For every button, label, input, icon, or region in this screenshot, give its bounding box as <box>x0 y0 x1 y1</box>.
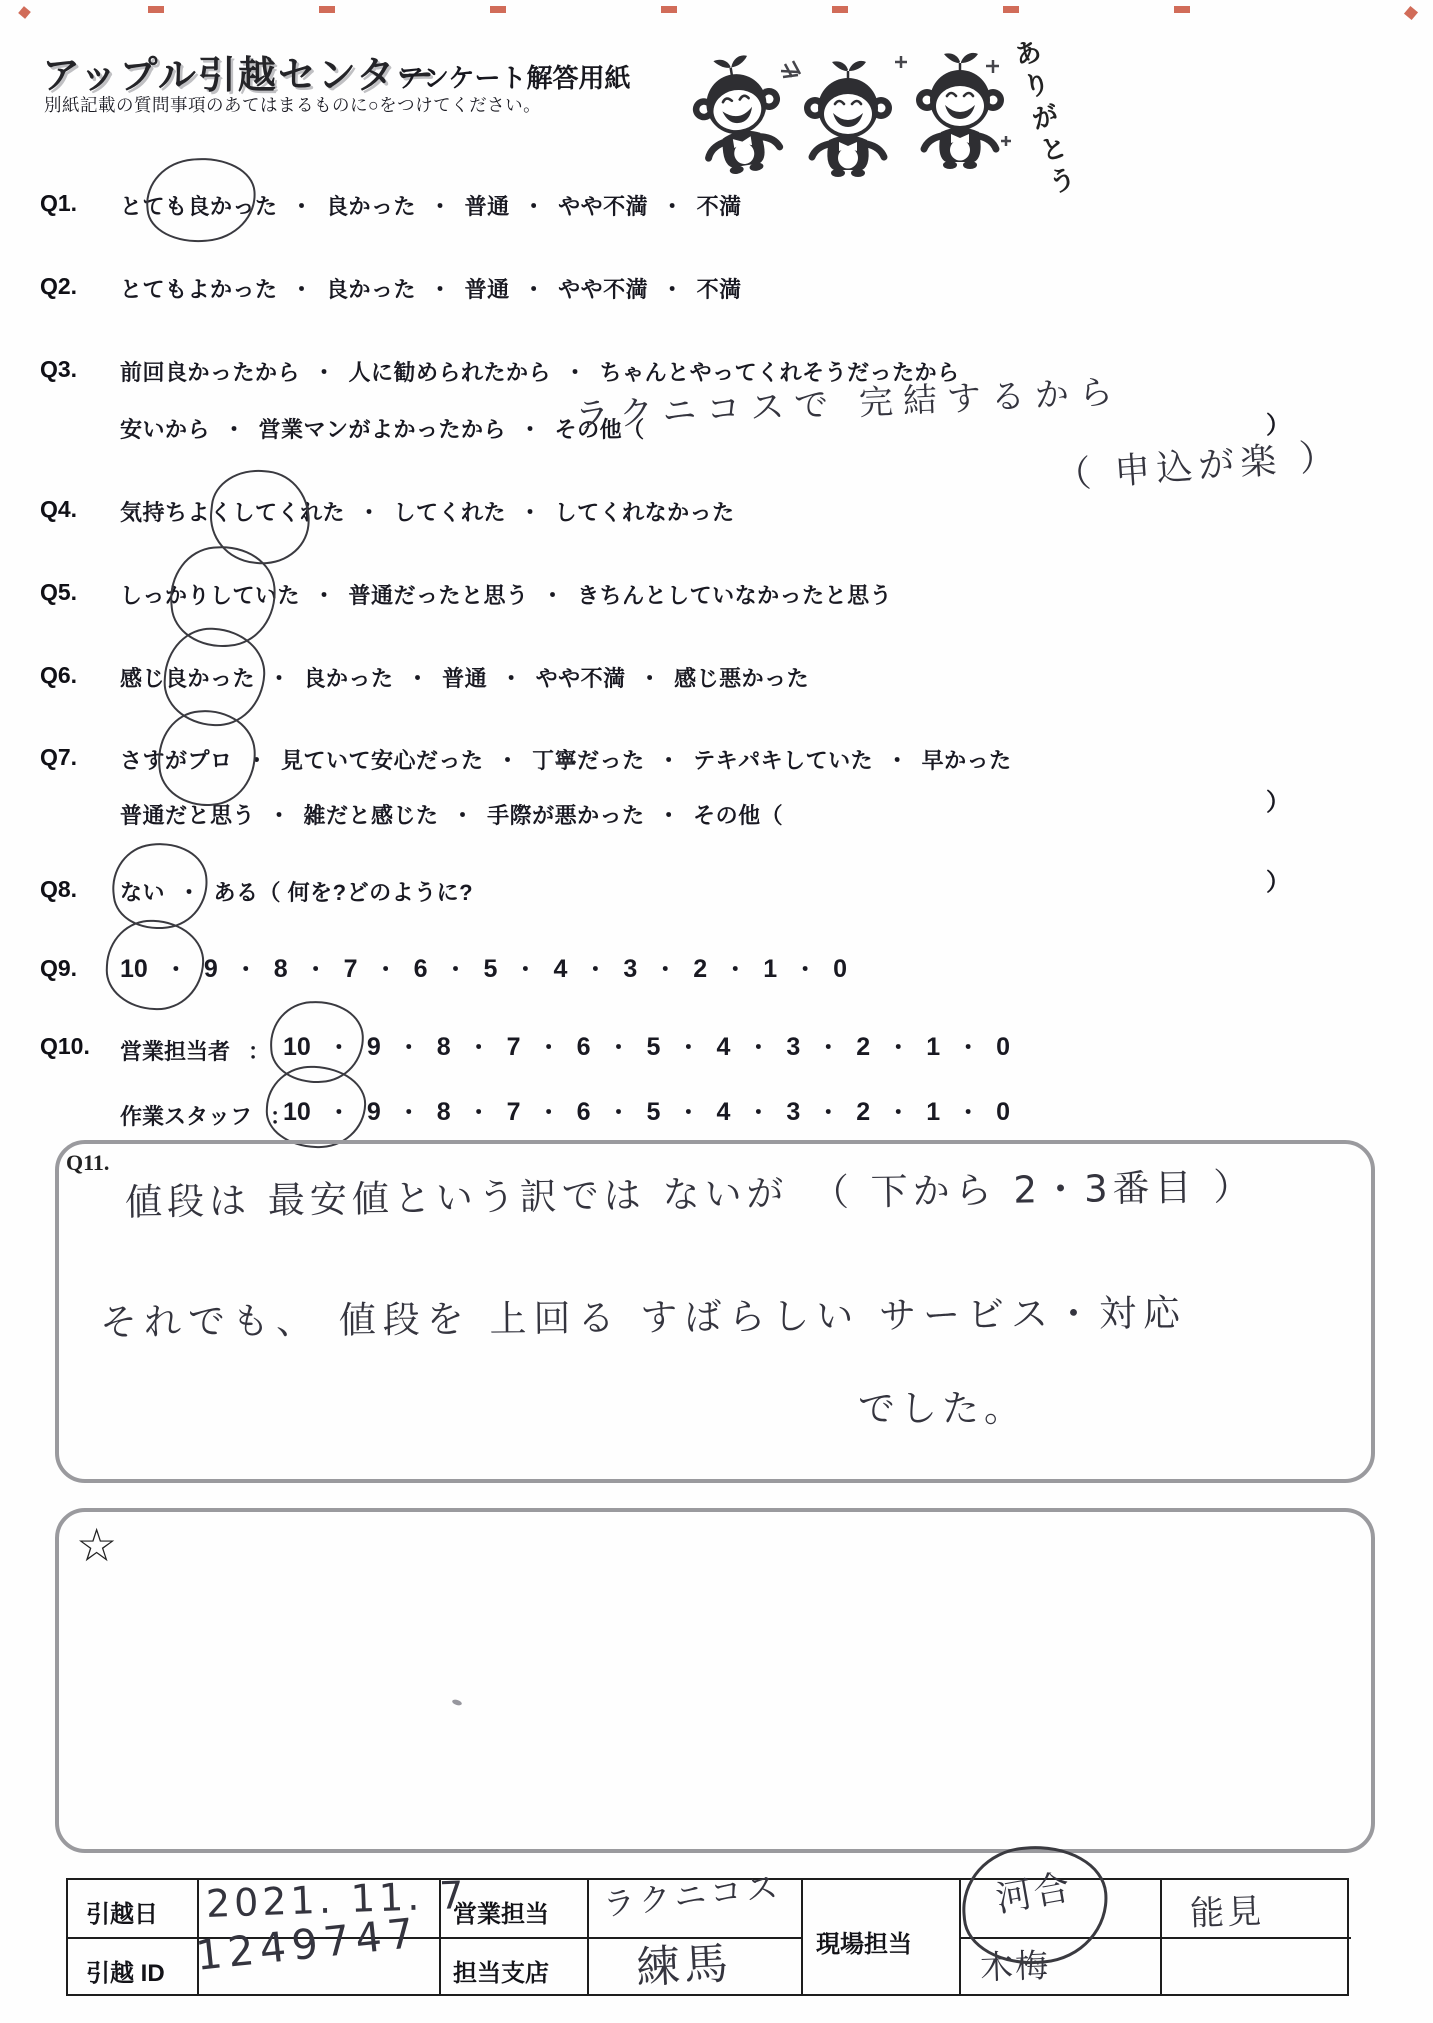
q10-row2-label-text: 作業スタッフ <box>120 1104 252 1129</box>
option-item: 3 <box>786 1033 800 1061</box>
q10-sales-rating-scale: 10・9・8・7・6・5・4・3・2・1・0 <box>283 1031 1010 1062</box>
q3-handwritten-answer-2: （ 申込が楽 ） <box>1053 428 1343 499</box>
dot-separator: ・ <box>514 957 536 982</box>
option-item: 3 <box>786 1098 800 1126</box>
registration-mark <box>1003 6 1019 13</box>
option-item: きちんとしていなかったと思う <box>577 583 892 608</box>
q7-answer-circle <box>155 707 259 810</box>
q4-label: Q4. <box>40 496 77 523</box>
dot-separator: ・ <box>445 957 467 982</box>
option-item: 丁寧だった <box>532 748 645 773</box>
dot-separator: ・ <box>886 748 909 773</box>
company-logo-text: アップル引越センター <box>42 44 436 99</box>
dot-separator: ・ <box>313 360 336 385</box>
dot-separator: ・ <box>429 277 452 302</box>
option-item: 普通 <box>465 277 510 302</box>
dot-separator: ・ <box>817 1035 839 1060</box>
option-item: 不満 <box>697 194 742 219</box>
q1-answer-circle <box>143 153 260 246</box>
option-item: 0 <box>833 955 847 983</box>
q10-row1-label: 営業担当者： <box>120 1035 270 1066</box>
q10-staff-rating-scale: 10・9・8・7・6・5・4・3・2・1・0 <box>283 1096 1010 1127</box>
field-rep3-handwritten: 能見 <box>1189 1883 1265 1935</box>
registration-mark <box>18 6 31 19</box>
option-item: 感じ悪かった <box>674 666 809 691</box>
q9-rating-scale: 10・9・8・7・6・5・4・3・2・1・0 <box>120 953 847 984</box>
dot-separator: ・ <box>268 666 291 691</box>
q2-options: とてもよかった・良かった・普通・やや不満・不満 <box>120 273 742 304</box>
dot-separator: ・ <box>608 1035 630 1060</box>
table-divider <box>801 1880 803 1994</box>
option-item: 手際が悪かった <box>487 803 645 828</box>
dot-separator: ・ <box>468 1035 490 1060</box>
option-item: 良かった <box>326 277 416 302</box>
dot-separator: ・ <box>235 957 257 982</box>
option-item: 7 <box>507 1033 521 1061</box>
q10-label: Q10. <box>40 1033 90 1060</box>
registration-mark <box>1174 6 1190 13</box>
q6-label: Q6. <box>40 662 77 689</box>
option-item: 5 <box>647 1033 661 1061</box>
q10-staff-answer-circle <box>265 1064 368 1149</box>
option-item: 見ていて安心だった <box>281 748 484 773</box>
option-item: 前回良かったから <box>120 360 300 385</box>
option-item: してくれなかった <box>555 500 735 525</box>
option-item: 8 <box>274 955 288 983</box>
option-item: やや不満 <box>536 666 626 691</box>
option-item: 0 <box>996 1098 1010 1126</box>
dot-separator: ・ <box>747 1035 769 1060</box>
q1-label: Q1. <box>40 190 77 217</box>
dot-separator: ・ <box>313 583 336 608</box>
option-item: 2 <box>856 1098 870 1126</box>
dot-separator: ・ <box>661 277 684 302</box>
dot-separator: ・ <box>538 1035 560 1060</box>
dot-separator: ・ <box>887 1100 909 1125</box>
q9-label: Q9. <box>40 955 77 982</box>
dot-separator: ・ <box>957 1100 979 1125</box>
q10-row1-colon: ： <box>248 1035 270 1066</box>
registration-mark <box>319 6 335 13</box>
branch-label: 担当支店 <box>453 1953 549 1988</box>
option-item: 3 <box>623 955 637 983</box>
q8-close-paren: ） <box>1266 862 1290 897</box>
option-item: 良かった <box>304 666 394 691</box>
dot-separator: ・ <box>398 1100 420 1125</box>
dot-separator: ・ <box>358 500 381 525</box>
dot-separator: ・ <box>608 1100 630 1125</box>
dot-separator: ・ <box>677 1035 699 1060</box>
option-item: 6 <box>577 1033 591 1061</box>
option-item: 6 <box>577 1098 591 1126</box>
option-item: 7 <box>507 1098 521 1126</box>
q9-answer-circle <box>104 918 205 1011</box>
dot-separator: ・ <box>497 748 520 773</box>
branch-handwritten: 練馬 <box>634 1927 733 1996</box>
option-item: ある（ 何を?どのように? <box>214 880 474 905</box>
dot-separator: ・ <box>305 957 327 982</box>
q2-label: Q2. <box>40 273 77 300</box>
q11-label: Q11. <box>66 1150 109 1176</box>
q11-handwritten-line2: それでも、 値段を 上回る すばらしい サービス・対応 <box>100 1283 1187 1346</box>
option-item: 普通 <box>465 194 510 219</box>
option-item: 7 <box>344 955 358 983</box>
option-item: 2 <box>693 955 707 983</box>
option-item: 9 <box>367 1098 381 1126</box>
dot-separator: ・ <box>658 803 681 828</box>
dot-separator: ・ <box>500 666 523 691</box>
dot-separator: ・ <box>452 803 475 828</box>
option-item: 6 <box>414 955 428 983</box>
option-item: 不満 <box>697 277 742 302</box>
option-item: やや不満 <box>558 194 648 219</box>
dot-separator: ・ <box>677 1100 699 1125</box>
dot-separator: ・ <box>268 803 291 828</box>
field-rep-label: 現場担当 <box>816 1924 912 1959</box>
dot-separator: ・ <box>584 957 606 982</box>
option-item: 9 <box>367 1033 381 1061</box>
registration-mark <box>490 6 506 13</box>
dot-separator: ・ <box>747 1100 769 1125</box>
dot-separator: ・ <box>639 666 662 691</box>
dot-separator: ・ <box>429 194 452 219</box>
option-item: 普通だと思う <box>120 803 255 828</box>
star-mark: ☆ <box>76 1518 117 1572</box>
q3-options-line2: 安いから・営業マンがよかったから・その他（ <box>120 413 645 444</box>
option-item: 早かった <box>922 748 1012 773</box>
option-item: 5 <box>484 955 498 983</box>
option-item: 4 <box>716 1033 730 1061</box>
option-item: 安いから <box>120 417 210 442</box>
option-item: 1 <box>926 1098 940 1126</box>
option-item: 雑だと感じた <box>304 803 439 828</box>
dot-separator: ・ <box>654 957 676 982</box>
form-instruction: 別紙記載の質問事項のあてはまるものに○をつけてください。 <box>44 92 541 117</box>
sales-rep-handwritten: ラクニコス <box>601 1861 784 1925</box>
dot-separator: ・ <box>291 194 314 219</box>
free-comment-box <box>55 1508 1375 1853</box>
q5-label: Q5. <box>40 579 77 606</box>
option-item: 4 <box>716 1098 730 1126</box>
option-item: 1 <box>926 1033 940 1061</box>
dot-separator: ・ <box>375 957 397 982</box>
move-date-label: 引越日 <box>86 1894 158 1929</box>
option-item: とてもよかった <box>120 277 278 302</box>
registration-mark <box>661 6 677 13</box>
registration-mark <box>1404 6 1418 20</box>
q3-label: Q3. <box>40 356 77 383</box>
option-item: 良かった <box>326 194 416 219</box>
form-title: アンケート解答用紙 <box>398 58 630 95</box>
monkey-mascots-illustration <box>688 44 1018 199</box>
q7-label: Q7. <box>40 744 77 771</box>
registration-mark <box>148 6 164 13</box>
option-item: 2 <box>856 1033 870 1061</box>
scanned-survey-page: アップル引越センター アンケート解答用紙 別紙記載の質問事項のあてはまるものに○… <box>0 0 1433 2023</box>
dot-separator: ・ <box>661 194 684 219</box>
option-item: 9 <box>204 955 218 983</box>
monkey-mascots-svg <box>688 44 1018 194</box>
dot-separator: ・ <box>794 957 816 982</box>
option-item: 人に勧められたから <box>349 360 552 385</box>
dot-separator: ・ <box>658 748 681 773</box>
dot-separator: ・ <box>724 957 746 982</box>
option-item: 4 <box>553 955 567 983</box>
dot-separator: ・ <box>519 500 542 525</box>
dot-separator: ・ <box>398 1035 420 1060</box>
q7-close-paren: ） <box>1266 782 1290 817</box>
option-item: 0 <box>996 1033 1010 1061</box>
q10-row1-label-text: 営業担当者 <box>120 1039 230 1064</box>
footer-info-table: 引越日 引越 ID 営業担当 担当支店 現場担当 2021. 11. 7 124… <box>66 1878 1349 1996</box>
option-item: やや不満 <box>558 277 648 302</box>
dot-separator: ・ <box>407 666 430 691</box>
option-item: 8 <box>437 1033 451 1061</box>
option-item: 普通だったと思う <box>349 583 529 608</box>
dot-separator: ・ <box>957 1035 979 1060</box>
dot-separator: ・ <box>887 1035 909 1060</box>
dot-separator: ・ <box>542 583 565 608</box>
dot-separator: ・ <box>538 1100 560 1125</box>
dot-separator: ・ <box>817 1100 839 1125</box>
move-id-label: 引越 ID <box>86 1953 165 1988</box>
option-item: その他（ <box>693 803 783 828</box>
registration-mark <box>832 6 848 13</box>
dot-separator: ・ <box>523 277 546 302</box>
option-item: 営業マンがよかったから <box>259 417 507 442</box>
dot-separator: ・ <box>291 277 314 302</box>
dot-separator: ・ <box>223 417 246 442</box>
dot-separator: ・ <box>523 194 546 219</box>
option-item: してくれた <box>394 500 507 525</box>
q8-label: Q8. <box>40 876 77 903</box>
option-item: 8 <box>437 1098 451 1126</box>
q11-handwritten-line3: でした。 <box>858 1378 1026 1432</box>
option-item: 5 <box>647 1098 661 1126</box>
option-item: 普通 <box>442 666 487 691</box>
dot-separator: ・ <box>564 360 587 385</box>
dot-separator: ・ <box>468 1100 490 1125</box>
option-item: 1 <box>763 955 777 983</box>
dot-separator: ・ <box>519 417 542 442</box>
option-item: テキパキしていた <box>693 748 873 773</box>
